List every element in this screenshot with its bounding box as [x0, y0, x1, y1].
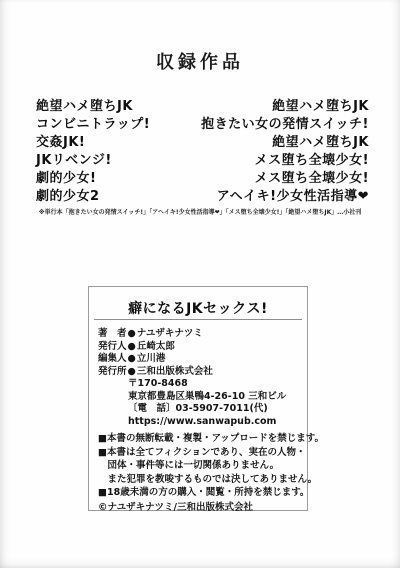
postal-code: 〒170-8468 [98, 378, 303, 391]
works-list-right: 絶望ハメ堕ちJK 抱きたい女の発情スイッチ! 絶望ハメ堕ちJK メス堕ち全壊少女… [201, 98, 369, 206]
credit-label: 発行人 [98, 341, 127, 352]
source-title: 抱きたい女の発情スイッチ! [201, 116, 369, 134]
source-title: アヘイキ!少女性活指導❤ [201, 188, 369, 206]
legal-notices: ■本書の無断転載・複製・アップロードを禁じます。 ■本書は全てフィクションであり… [98, 432, 305, 500]
credits-block: 著 者●ナユザキナツミ 発行人●丘崎太郎 編集人●立川港 発行所●三和出版株式会… [98, 328, 303, 428]
source-title: 絶望ハメ堕ちJK [201, 134, 369, 152]
credit-row-publishing-house: 発行所●三和出版株式会社 [98, 366, 303, 379]
credit-value: 三和出版株式会社 [137, 366, 213, 377]
credit-row-editor: 編集人●立川港 [98, 353, 303, 366]
copyright-line: ©ナユザキナツミ/三和出版株式会社 [98, 499, 253, 513]
notice-line: また犯罪を教唆するものでは決してありません。 [98, 473, 305, 487]
credit-value: 丘崎太郎 [137, 341, 175, 352]
credit-row-publisher-person: 発行人●丘崎太郎 [98, 341, 303, 354]
work-title: 劇的少女! [36, 170, 150, 188]
credit-row-author: 著 者●ナユザキナツミ [98, 328, 303, 341]
page-title: 収録作品 [0, 48, 400, 74]
notice-line: ■本書は全てフィクションであり、実在の人物・ [98, 446, 305, 460]
credit-value: 立川港 [137, 353, 166, 364]
colophon-page: 収録作品 絶望ハメ堕ちJK コンビニトラップ! 交姦JK! JKリベンジ! 劇的… [0, 0, 400, 568]
publisher-phone: 〔電 話〕03-5907-7011(代) [98, 403, 303, 416]
work-title: コンビニトラップ! [36, 116, 150, 134]
colophon-box: 癖になるJKセックス! 著 者●ナユザキナツミ 発行人●丘崎太郎 編集人●立川港… [88, 286, 308, 511]
book-title: 癖になるJKセックス! [89, 298, 307, 318]
notice-line: 団体・事件等には一切関係ありません。 [98, 459, 305, 473]
source-title: メス堕ち全壊少女! [201, 152, 369, 170]
work-title: JKリベンジ! [36, 152, 150, 170]
bullet-separator: ● [127, 328, 137, 339]
publisher-address: 東京都豊島区巣鴨4-26-10 三和ビル [98, 391, 303, 404]
bullet-separator: ● [127, 341, 137, 352]
publisher-url: https://www.sanwapub.com [98, 416, 303, 429]
source-title: メス堕ち全壊少女! [201, 170, 369, 188]
notice-line: ■本書の無断転載・複製・アップロードを禁じます。 [98, 432, 305, 446]
notice-line: ■18歳未満の方の購入・閲覧・所持を禁じます。 [98, 486, 305, 500]
source-title: 絶望ハメ堕ちJK [201, 98, 369, 116]
work-title: 絶望ハメ堕ちJK [36, 98, 150, 116]
source-books-footnote: ※単行本「抱きたい女の発情スイッチ!」「アヘイキ!少女性活指導❤」「メス堕ち全壊… [8, 207, 392, 216]
credit-label: 発行所 [98, 366, 127, 377]
work-title: 劇的少女2 [36, 188, 150, 206]
credit-value: ナユザキナツミ [137, 328, 203, 339]
title-divider [94, 319, 302, 320]
bullet-separator: ● [127, 353, 137, 364]
bullet-separator: ● [127, 366, 137, 377]
credit-label: 編集人 [98, 353, 127, 364]
credit-label: 著 者 [98, 328, 127, 339]
works-list-left: 絶望ハメ堕ちJK コンビニトラップ! 交姦JK! JKリベンジ! 劇的少女! 劇… [36, 98, 150, 206]
work-title: 交姦JK! [36, 134, 150, 152]
